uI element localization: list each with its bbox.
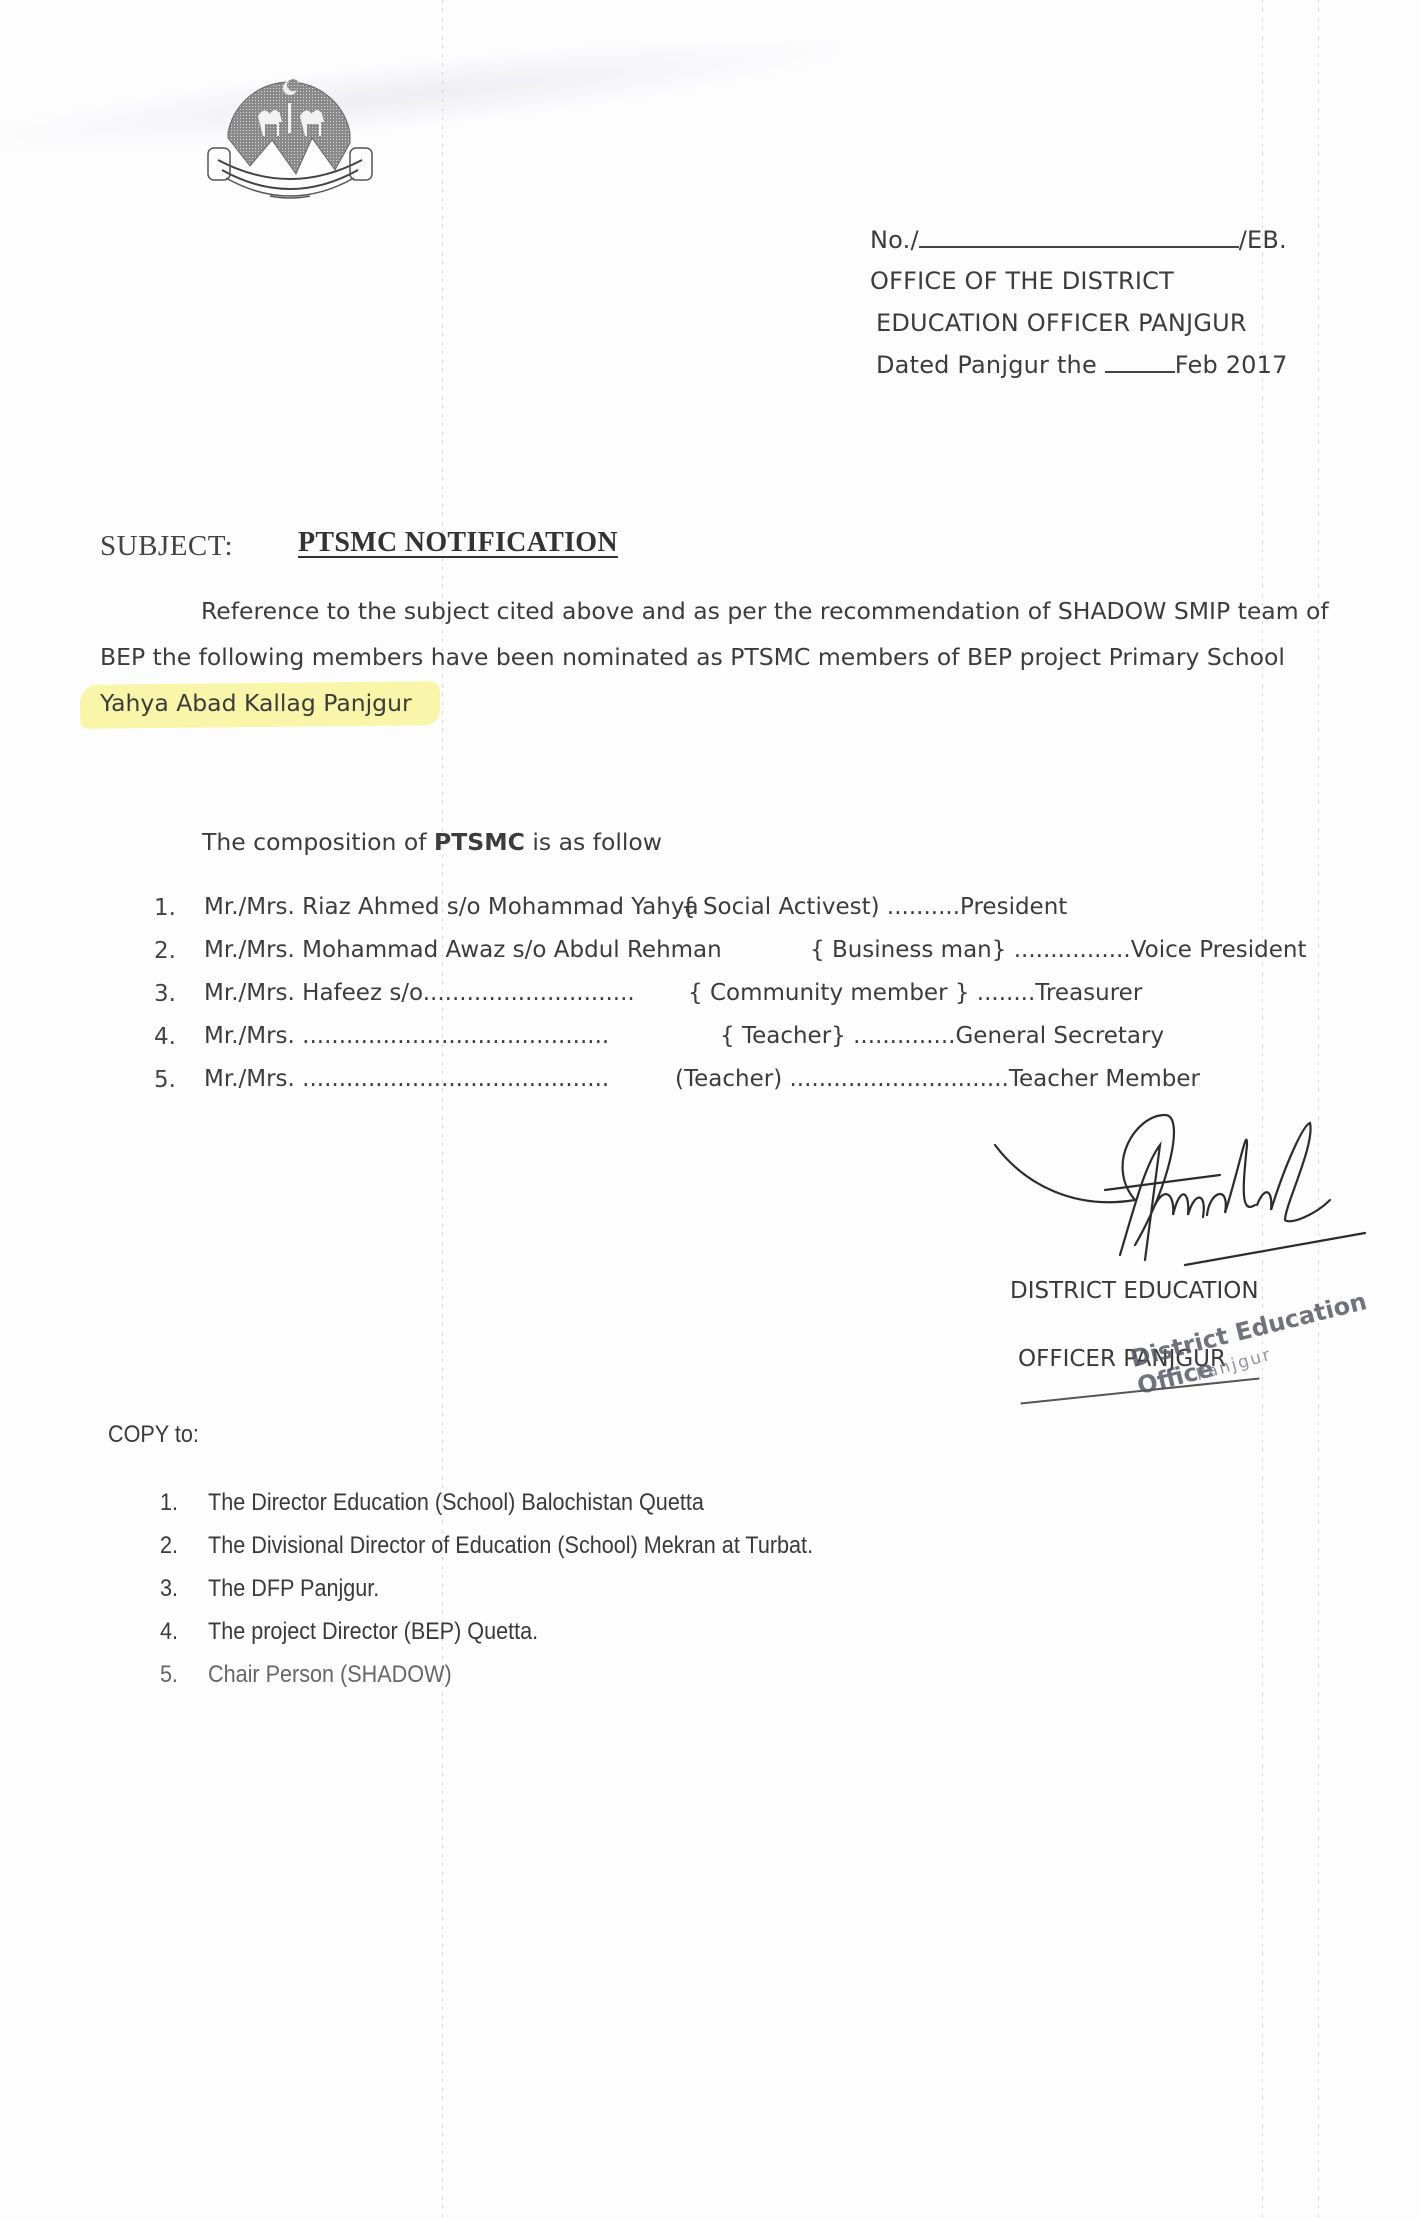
member-number: 4. [154,1024,176,1050]
body-line-2: BEP the following members have been nomi… [100,643,1285,671]
member-role: General Secretary [955,1023,1164,1049]
member-number: 3. [154,981,176,1007]
intro-prefix: The composition of [202,828,434,856]
member-name: Mr./Mrs. ...............................… [204,1066,609,1092]
subject-label: SUBJECT: [100,530,233,563]
member-name: Mr./Mrs. Mohammad Awaz s/o Abdul Rehman [204,937,722,963]
category-text: { Business man} [810,937,1006,963]
leader-dots: .......... [887,894,960,920]
member-category: { Community member } ........Treasurer [688,980,1142,1006]
copy-number: 2. [160,1532,178,1560]
category-text: { Teacher} [720,1023,846,1049]
handwritten-signature-icon [985,1105,1405,1275]
member-category: { Business man} ................Voice Pr… [810,937,1307,963]
copy-number: 3. [160,1575,178,1603]
copy-number: 4. [160,1618,178,1646]
copy-recipient: The project Director (BEP) Quetta. [208,1618,538,1646]
member-name: Mr./Mrs. ...............................… [204,1023,609,1049]
intro-suffix: is as follow [525,828,662,856]
member-name: Mr./Mrs. Hafeez s/o.....................… [204,980,635,1006]
body-line-1: Reference to the subject cited above and… [201,597,1329,625]
member-category: { Teacher} ..............General Secreta… [720,1023,1164,1049]
member-number: 5. [154,1067,176,1093]
copy-recipient: The DFP Panjgur. [208,1575,379,1603]
member-role: Teacher Member [1009,1066,1200,1092]
scan-line [442,0,443,2218]
office-line-2: EDUCATION OFFICER PANJGUR [876,309,1247,337]
member-number: 2. [154,938,176,964]
category-text: { Community member } [688,980,969,1006]
member-category: (Teacher) ..............................… [675,1066,1200,1092]
member-category: { Social Activest) ..........President [681,894,1067,920]
ref-prefix: No./ [870,226,919,254]
leader-dots: ................ [1014,937,1131,963]
member-role: President [960,894,1067,920]
copy-recipient: The Director Education (School) Balochis… [208,1489,704,1517]
ref-number-blank [919,246,1239,248]
scan-smudge [0,13,861,177]
member-role: Treasurer [1035,980,1142,1006]
school-name-highlighted: Yahya Abad Kallag Panjgur [100,689,412,717]
intro-ptsmc: PTSMC [434,828,525,856]
copy-to-label: COPY to: [108,1421,199,1449]
date-day-blank [1105,371,1175,373]
copy-number: 1. [160,1489,178,1517]
category-text: { Social Activest) [681,894,880,920]
date-prefix: Dated Panjgur the [876,351,1097,379]
ref-suffix: /EB. [1239,226,1287,254]
composition-intro: The composition of PTSMC is as follow [202,828,662,856]
copy-recipient: Chair Person (SHADOW) [208,1661,452,1689]
member-name: Mr./Mrs. Riaz Ahmed s/o Mohammad Yahya [204,894,699,920]
subject-title: PTSMC NOTIFICATION [298,527,618,559]
leader-dots: .............................. [789,1066,1008,1092]
category-text: (Teacher) [675,1066,782,1092]
date-month-year: Feb 2017 [1175,351,1288,379]
signatory-title-line-1: DISTRICT EDUCATION [1010,1278,1259,1304]
copy-number: 5. [160,1661,178,1689]
leader-dots: .............. [853,1023,955,1049]
balochistan-emblem-icon [200,48,380,203]
member-number: 1. [154,895,176,921]
reference-number: No.//EB. [870,226,1287,254]
date-line: Dated Panjgur the Feb 2017 [876,351,1288,379]
office-line-1: OFFICE OF THE DISTRICT [870,267,1174,295]
member-role: Voice President [1131,937,1307,963]
leader-dots: ........ [977,980,1036,1006]
copy-recipient: The Divisional Director of Education (Sc… [208,1532,813,1560]
